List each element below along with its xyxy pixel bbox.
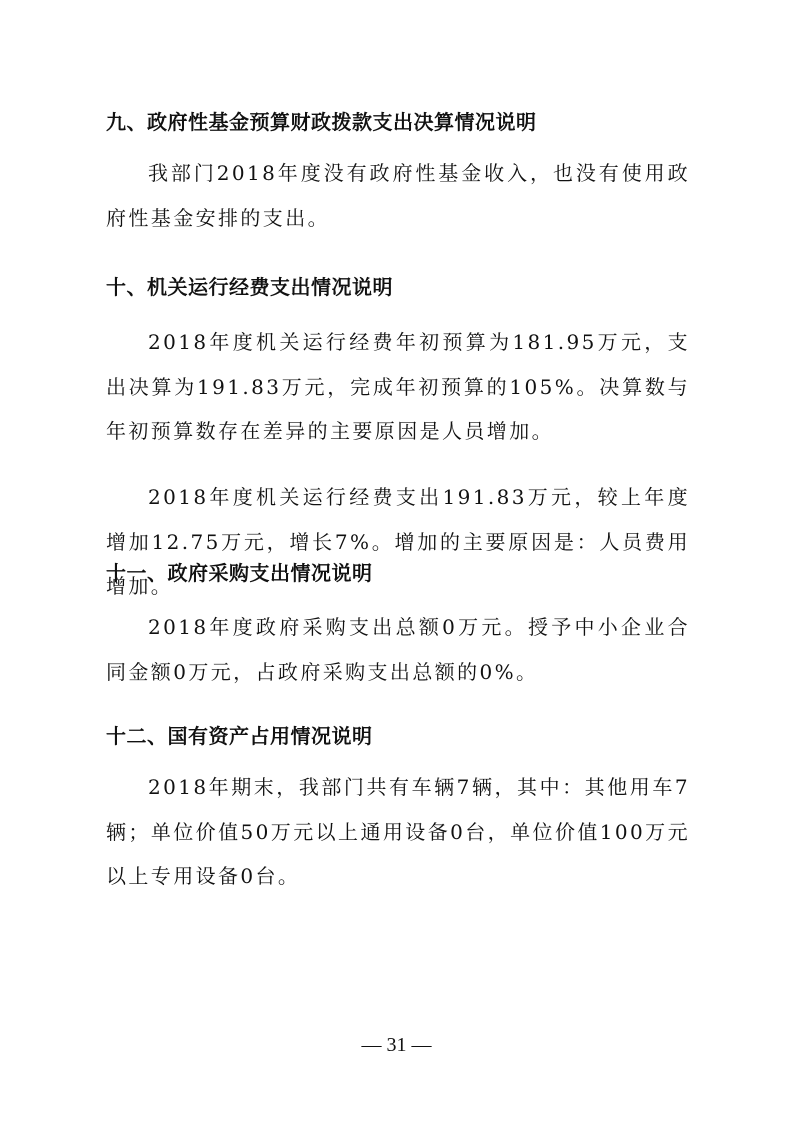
section-heading-11: 十一、政府采购支出情况说明 — [106, 557, 373, 586]
page-number: — 31 — — [0, 1034, 793, 1057]
section-heading-9: 九、政府性基金预算财政拨款支出决算情况说明 — [106, 106, 537, 135]
section-10-paragraph-1: 2018年度机关运行经费年初预算为181.95万元，支出决算为191.83万元，… — [106, 320, 690, 454]
section-heading-12: 十二、国有资产占用情况说明 — [106, 720, 373, 749]
section-10-paragraph-2: 2018年度机关运行经费支出191.83万元，较上年度增加12.75万元，增长7… — [106, 475, 690, 609]
section-9-paragraph: 我部门2018年度没有政府性基金收入，也没有使用政府性基金安排的支出。 — [106, 151, 690, 240]
section-12-paragraph: 2018年期末，我部门共有车辆7辆，其中：其他用车7辆；单位价值50万元以上通用… — [106, 765, 690, 899]
section-heading-10: 十、机关运行经费支出情况说明 — [106, 271, 393, 300]
section-11-paragraph: 2018年度政府采购支出总额0万元。授予中小企业合同金额0万元，占政府采购支出总… — [106, 605, 690, 694]
